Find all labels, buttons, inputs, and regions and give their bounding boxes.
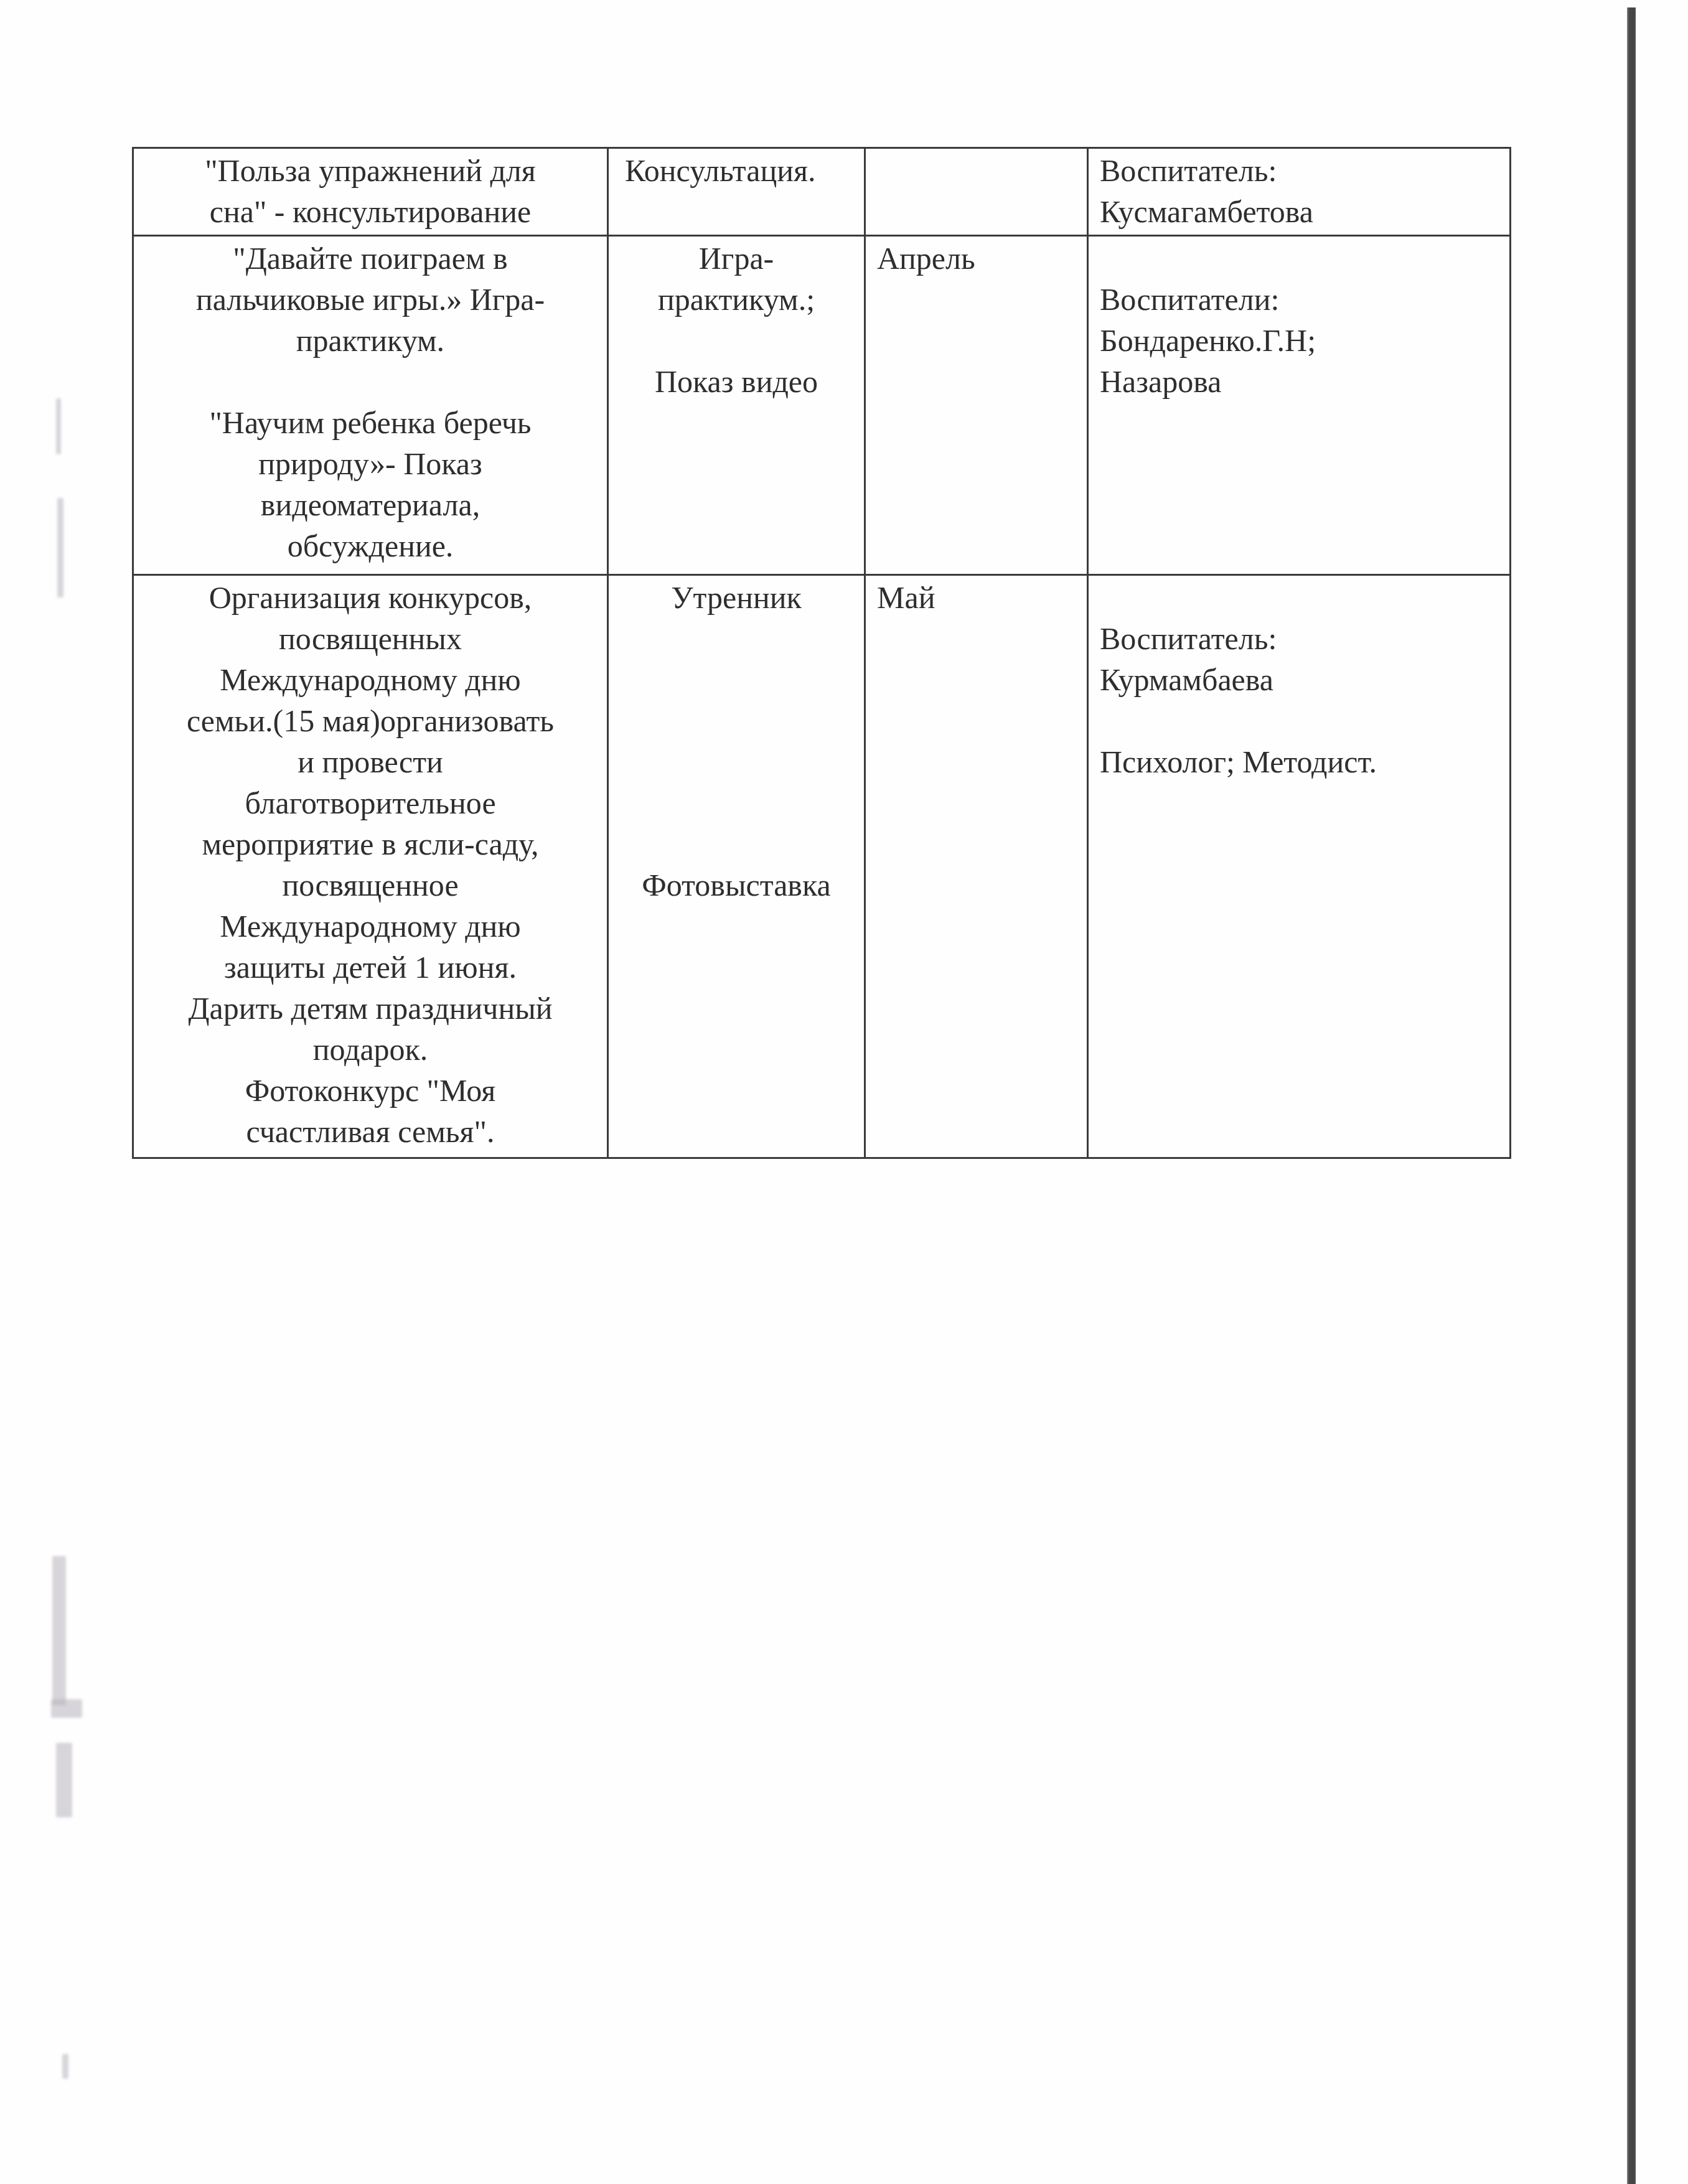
topic-cell-line: Международному дню — [145, 659, 596, 700]
scan-smudge — [51, 1699, 82, 1718]
topic-cell-line: счастливая семья". — [145, 1111, 596, 1152]
scan-smudge — [62, 2054, 68, 2079]
scan-smudge — [56, 1743, 72, 1817]
topic-cell-line: Организация конкурсов, — [145, 577, 596, 618]
responsible-cell-line: Назарова — [1100, 361, 1498, 402]
topic-cell-line: Международному дню — [145, 906, 596, 947]
form-cell: Игра-практикум.;Показ видео — [608, 236, 865, 575]
topic-cell: "Давайте поиграем впальчиковые игры.» Иг… — [133, 236, 608, 575]
responsible-cell-line: Воспитатель: — [1100, 618, 1498, 659]
table-row: Организация конкурсов,посвященныхМеждуна… — [133, 575, 1511, 1158]
topic-cell-line: "Давайте поиграем в — [145, 238, 596, 279]
responsible-cell-line: Психолог; Методист. — [1100, 741, 1498, 782]
table-row: "Давайте поиграем впальчиковые игры.» Иг… — [133, 236, 1511, 575]
topic-cell-line: видеоматериала, — [145, 484, 596, 525]
month-cell: Май — [865, 575, 1088, 1158]
scan-smudge — [52, 1556, 66, 1705]
responsible-cell-line: Бондаренко.Г.Н; — [1100, 320, 1498, 361]
responsible-cell-line: Кусмагамбетова — [1100, 191, 1498, 232]
events-plan-table: "Польза упражнений длясна" - консультиро… — [132, 147, 1511, 1159]
form-cell-line: Игра- — [620, 238, 853, 279]
topic-cell-line: посвященное — [145, 865, 596, 906]
table-row: "Польза упражнений длясна" - консультиро… — [133, 148, 1511, 236]
topic-cell-line: посвященных — [145, 618, 596, 659]
form-cell-line: Утренник — [620, 577, 853, 618]
topic-cell-line: практикум. — [145, 320, 596, 361]
topic-cell-line: "Польза упражнений для — [145, 150, 596, 191]
responsible-cell: Воспитатели:Бондаренко.Г.Н;Назарова — [1088, 236, 1511, 575]
form-cell-line: практикум.; — [620, 279, 853, 320]
form-cell: УтренникФотовыставка — [608, 575, 865, 1158]
responsible-cell: Воспитатель:Кусмагамбетова — [1088, 148, 1511, 236]
plan-table-wrapper: "Польза упражнений длясна" - консультиро… — [132, 147, 1509, 1159]
topic-cell-line: Фотоконкурс "Моя — [145, 1070, 596, 1111]
form-cell-line: Консультация. — [625, 150, 853, 191]
topic-cell-line: защиты детей 1 июня. — [145, 947, 596, 988]
topic-cell-line: обсуждение. — [145, 525, 596, 566]
scan-smudge — [56, 398, 61, 454]
month-cell: Апрель — [865, 236, 1088, 575]
form-cell: Консультация. — [608, 148, 865, 236]
responsible-cell-line: Курмамбаева — [1100, 659, 1498, 700]
responsible-cell: Воспитатель:КурмамбаеваПсихолог; Методис… — [1088, 575, 1511, 1158]
topic-cell-line: сна" - консультирование — [145, 191, 596, 232]
scanner-edge-bar — [1627, 7, 1636, 2184]
topic-cell-line: семьи.(15 мая)организовать — [145, 700, 596, 741]
month-cell — [865, 148, 1088, 236]
responsible-cell-line: Воспитатели: — [1100, 279, 1498, 320]
topic-cell-line: благотворительное — [145, 782, 596, 823]
responsible-cell-line: Воспитатель: — [1100, 150, 1498, 191]
topic-cell: "Польза упражнений длясна" - консультиро… — [133, 148, 608, 236]
form-cell-line: Фотовыставка — [620, 865, 853, 906]
topic-cell-line: пальчиковые игры.» Игра- — [145, 279, 596, 320]
topic-cell-line: мероприятие в ясли-саду, — [145, 823, 596, 865]
topic-cell-line: и провести — [145, 741, 596, 782]
topic-cell-line: подарок. — [145, 1029, 596, 1070]
topic-cell-line: природу»- Показ — [145, 443, 596, 484]
topic-cell-line: Дарить детям праздничный — [145, 988, 596, 1029]
scan-smudge — [57, 498, 63, 598]
topic-cell-line: "Научим ребенка беречь — [145, 402, 596, 443]
topic-cell: Организация конкурсов,посвященныхМеждуна… — [133, 575, 608, 1158]
form-cell-line: Показ видео — [620, 361, 853, 402]
scanned-page: "Польза упражнений длясна" - консультиро… — [0, 0, 1688, 2184]
